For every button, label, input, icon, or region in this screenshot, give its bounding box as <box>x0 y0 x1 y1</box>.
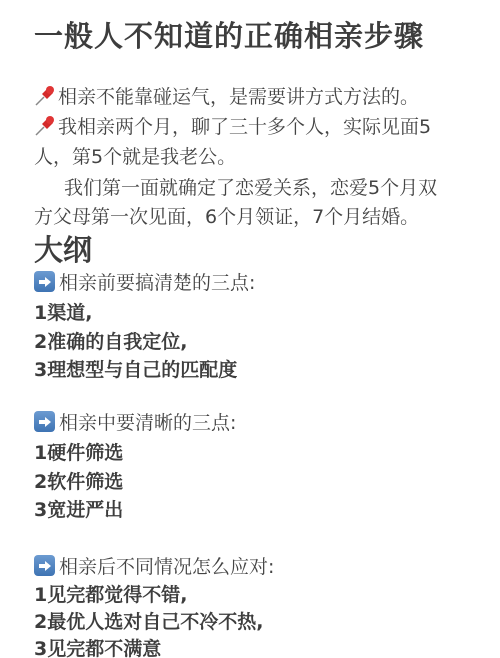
right-arrow-icon <box>34 555 55 576</box>
intro-line: 方父母第一次见面，6个月领证，7个月结婚。 <box>34 202 419 229</box>
pushpin-icon <box>34 115 56 137</box>
pushpin-icon <box>34 85 56 107</box>
list-item: 2最优人选对自己不冷不热, <box>34 607 263 634</box>
list-item: 1渠道, <box>34 298 92 325</box>
list-item: 3理想型与自己的匹配度 <box>34 355 237 382</box>
right-arrow-icon <box>34 271 55 292</box>
intro-line: 人，第5个就是我老公。 <box>34 142 236 169</box>
intro-line: 我们第一面就确定了恋爱关系，恋爱5个月双 <box>64 173 437 200</box>
list-item: 1见完都觉得不错, <box>34 580 187 607</box>
intro-line: 我相亲两个月，聊了三十多个人，实际见面5 <box>34 112 431 139</box>
intro-text: 相亲不能靠碰运气，是需要讲方式方法的。 <box>58 82 419 109</box>
section-title: 相亲前要搞清楚的三点: <box>34 268 255 295</box>
section-title: 相亲中要清晰的三点: <box>34 408 236 435</box>
right-arrow-icon <box>34 411 55 432</box>
list-item: 2软件筛选 <box>34 467 123 494</box>
page-title: 一般人不知道的正确相亲步骤 <box>34 14 424 55</box>
list-item: 1硬件筛选 <box>34 438 123 465</box>
outline-heading: 大纲 <box>34 228 92 269</box>
section-title: 相亲后不同情况怎么应对: <box>34 552 274 579</box>
intro-text: 我相亲两个月，聊了三十多个人，实际见面5 <box>58 112 431 139</box>
list-item: 2准确的自我定位, <box>34 327 187 354</box>
list-item: 3见完都不满意 <box>34 634 161 658</box>
intro-line: 相亲不能靠碰运气，是需要讲方式方法的。 <box>34 82 419 109</box>
list-item: 3宽进严出 <box>34 495 123 522</box>
